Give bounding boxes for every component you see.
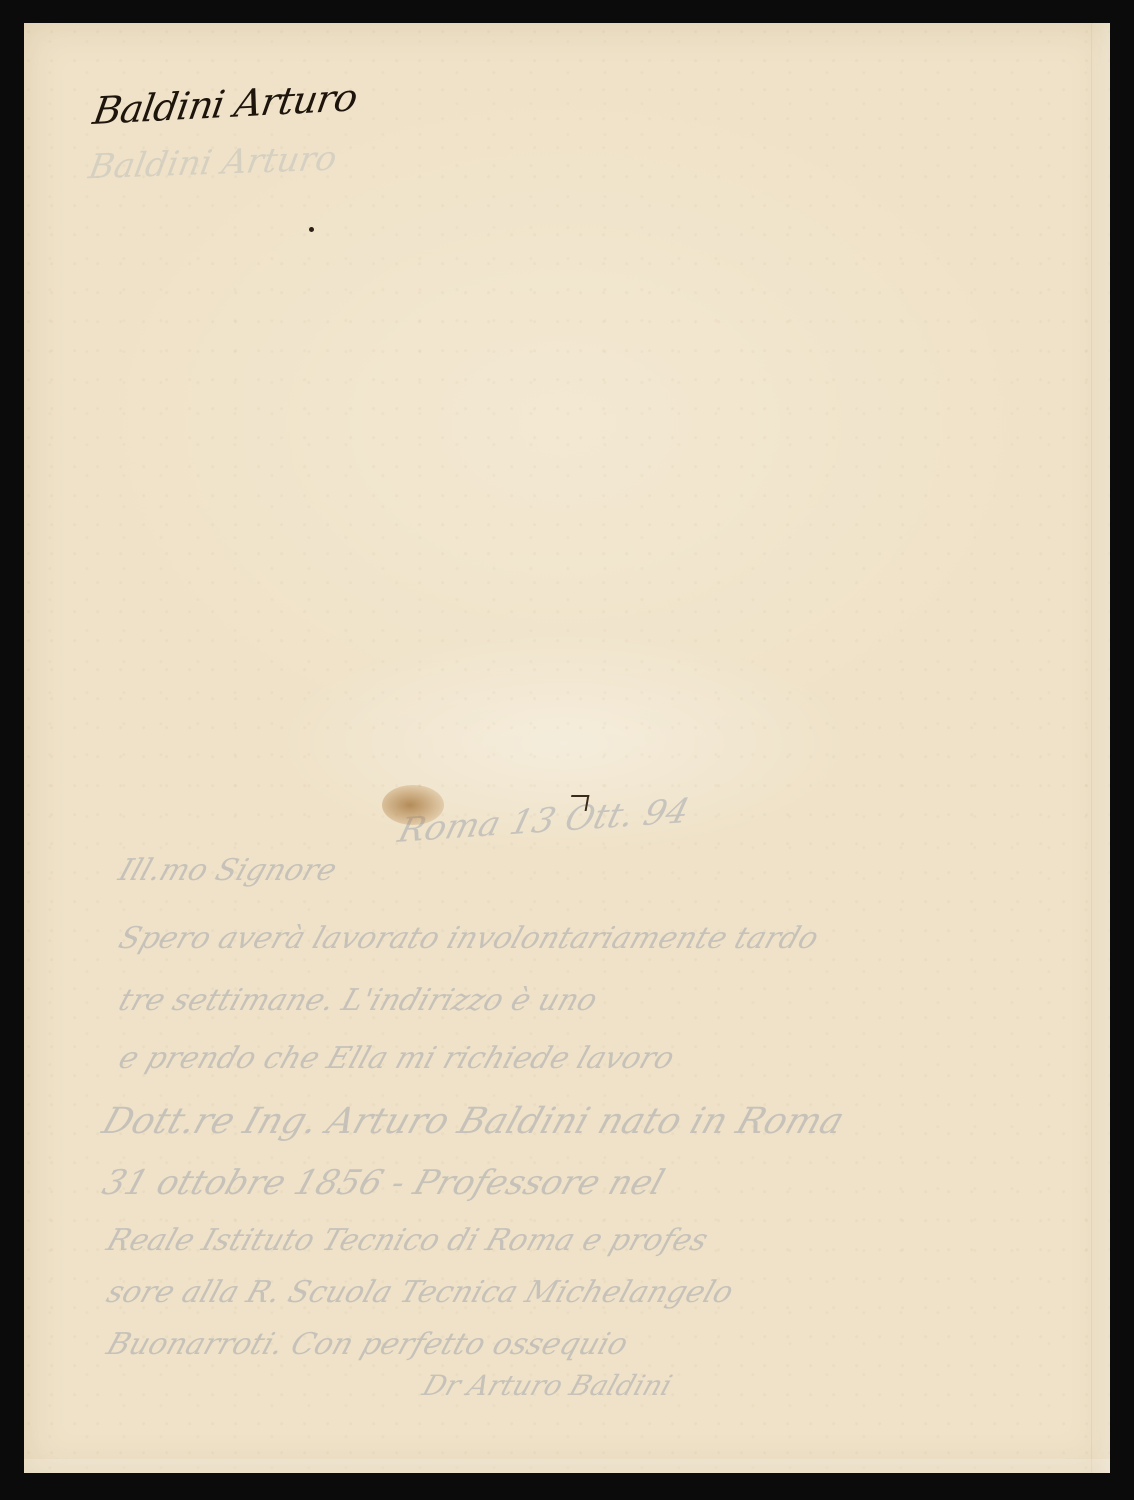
bleed-line: 31 ottobre 1856 - Professore nel [98, 1163, 670, 1203]
document-page: Roma 13 Ott. 94 Ill.mo Signore Spero ave… [24, 23, 1110, 1473]
bleed-line: Dott.re Ing. Arturo Baldini nato in Roma [97, 1101, 849, 1142]
paper-edge-strip [1091, 23, 1110, 1473]
bleed-line: Spero averà lavorato involontariamente t… [114, 921, 823, 956]
bleed-line: Reale Istituto Tecnico di Roma e profes [102, 1223, 712, 1258]
bleed-line: sore alla R. Scuola Tecnica Michelangelo [102, 1275, 737, 1310]
bleed-line-salutation: Ill.mo Signore [114, 853, 341, 888]
tear-mark [569, 795, 590, 811]
paper-bottom-strip [24, 1459, 1110, 1473]
stain-mark [382, 785, 444, 825]
bleed-line: Buonarroti. Con perfetto ossequio [102, 1327, 632, 1362]
bleed-line: e prendo che Ella mi richiede lavoro [114, 1041, 678, 1076]
ink-dot [309, 227, 314, 232]
bleed-through-text: Roma 13 Ott. 94 Ill.mo Signore Spero ave… [24, 23, 1110, 1473]
bleed-line-signature: Dr Arturo Baldini [419, 1369, 677, 1402]
bleed-line: tre settimane. L'indirizzo è uno [114, 983, 601, 1018]
